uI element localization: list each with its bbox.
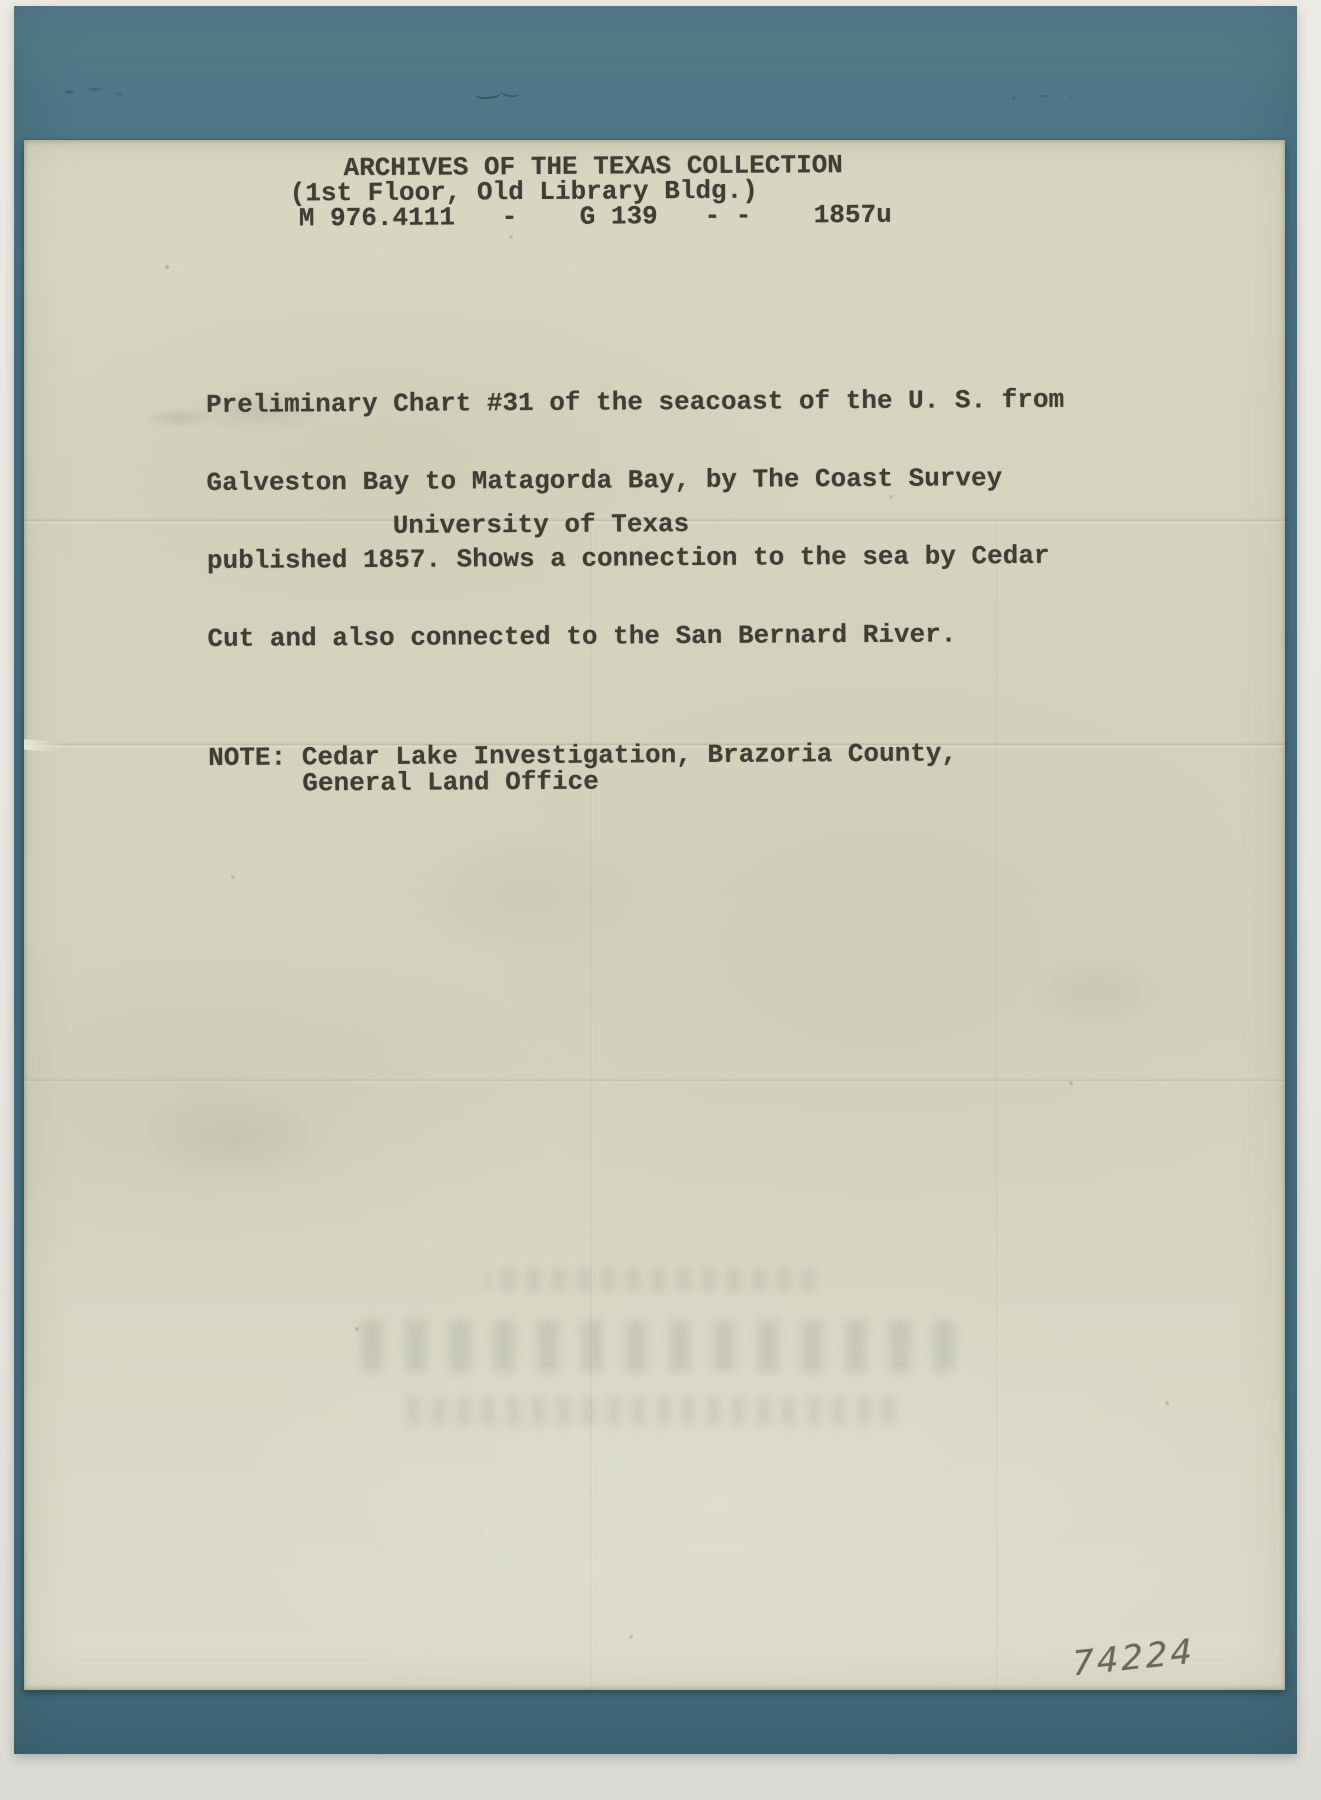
ink-speck-right xyxy=(1002,90,1080,104)
ink-smudge-left xyxy=(60,82,136,100)
archival-paper: ARCHIVES OF THE TEXAS COLLECTION (1st Fl… xyxy=(24,140,1285,1690)
note-line-2: General Land Office xyxy=(302,769,599,797)
institution-name: University of Texas xyxy=(393,511,690,539)
typed-text-layer: ARCHIVES OF THE TEXAS COLLECTION (1st Fl… xyxy=(22,133,1292,1691)
description-line: Galveston Bay to Matagorda Bay, by The C… xyxy=(206,465,1064,496)
description-line: published 1857. Shows a connection to th… xyxy=(207,543,1065,574)
description-line: Preliminary Chart #31 of the seacoast of… xyxy=(206,387,1064,418)
description-line: Cut and also connected to the San Bernar… xyxy=(207,621,1065,652)
scanned-document: ARCHIVES OF THE TEXAS COLLECTION (1st Fl… xyxy=(0,0,1321,1800)
ink-squiggle-center xyxy=(471,84,525,100)
call-number: M 976.4111 - G 139 - - 1857u xyxy=(299,202,892,232)
